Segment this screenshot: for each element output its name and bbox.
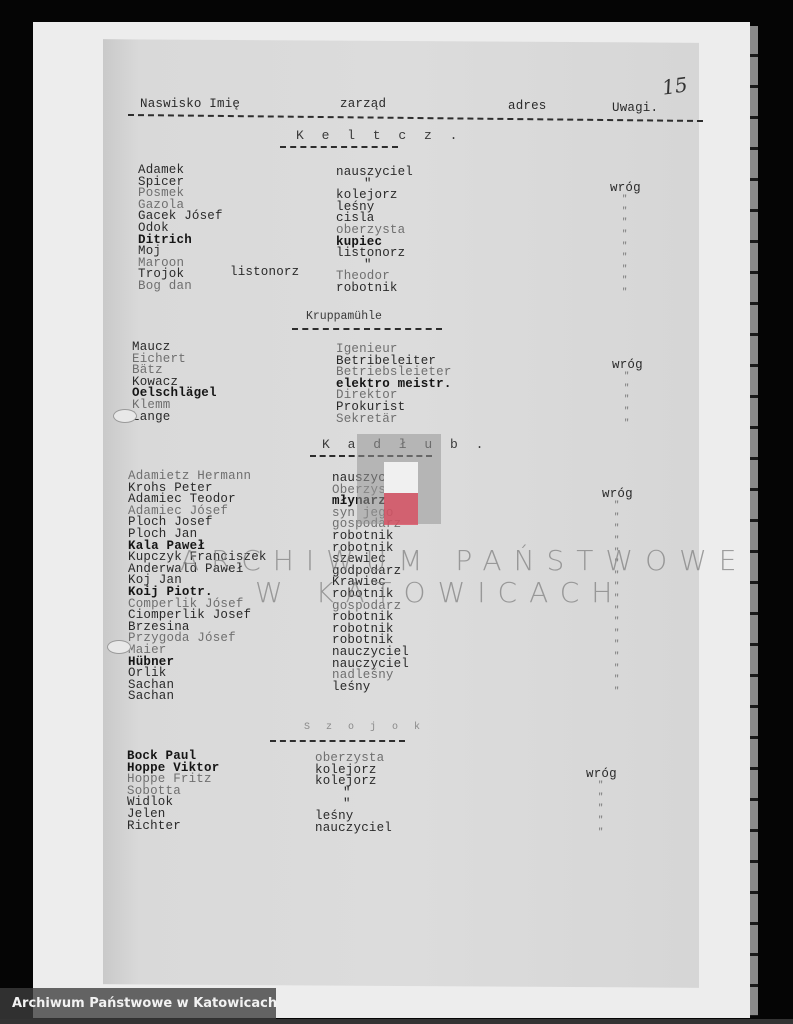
entry-remark: " — [614, 650, 620, 662]
entry-extra: listonorz — [230, 266, 299, 278]
watermark-line1: ARCHIWUM PAŃSTWOWE — [180, 544, 749, 577]
entry-remark: " — [624, 417, 630, 429]
entry-remark: " — [598, 779, 604, 791]
section-underline — [292, 328, 442, 330]
entry-remark: " — [624, 405, 630, 417]
entry-remark: " — [598, 791, 604, 803]
section-heading: S z o j o k — [304, 722, 425, 733]
section-underline — [270, 740, 405, 742]
entry-remark: " — [614, 627, 620, 639]
section-heading: K e l t c z . — [296, 128, 462, 143]
entry-remark: " — [614, 499, 620, 511]
entry-remark: " — [622, 263, 628, 275]
entry-remark: " — [622, 193, 628, 205]
header-address: adres — [508, 100, 547, 112]
footer-bar — [0, 1019, 793, 1024]
entry-remark: " — [624, 370, 630, 382]
entry-occupation: nauszyciel — [336, 166, 413, 178]
watermark-flag-white — [384, 462, 418, 493]
entry-remark: " — [622, 216, 628, 228]
entry-remark: " — [598, 814, 604, 826]
entry-remark: " — [622, 240, 628, 252]
punch-hole — [107, 640, 131, 654]
entry-remark: " — [622, 274, 628, 286]
entry-remark: " — [622, 251, 628, 263]
entry-occupation: Sekretär — [336, 413, 398, 425]
entry-remark: " — [622, 205, 628, 217]
watermark-flag-red — [384, 493, 418, 525]
entry-remark: " — [598, 802, 604, 814]
film-edge — [750, 26, 758, 1016]
entry-remark: " — [598, 826, 604, 838]
entry-remark: " — [614, 673, 620, 685]
header-name: Naswisko Imię — [140, 98, 240, 110]
header-remarks: Uwagi. — [612, 102, 658, 114]
entry-occupation: leśny — [332, 681, 371, 693]
entry-occupation: robotnik — [336, 282, 398, 294]
entry-remark: wróg — [610, 182, 641, 194]
entry-remark: " — [614, 511, 620, 523]
institution-label: Archiwum Państwowe w Katowicach — [12, 996, 277, 1011]
entry-name: Bog dan — [138, 280, 192, 292]
entry-remark: " — [614, 615, 620, 627]
watermark-line2: W KATOWICACH — [255, 576, 624, 609]
entry-remark: " — [614, 685, 620, 697]
entry-name: Lange — [132, 411, 171, 423]
punch-hole — [113, 409, 137, 423]
entry-remark: wróg — [602, 488, 633, 500]
entry-occupation: nauczyciel — [315, 822, 392, 834]
entry-remark: " — [622, 286, 628, 298]
entry-remark: wróg — [586, 768, 617, 780]
entry-name: Sachan — [128, 690, 174, 702]
entry-remark: " — [614, 662, 620, 674]
entry-remark: wróg — [612, 359, 643, 371]
section-heading: Kruppamühle — [306, 310, 382, 323]
header-office: zarząd — [340, 98, 386, 110]
folio-number: 15 — [660, 72, 689, 99]
entry-name: Richter — [127, 820, 181, 832]
entry-remark: " — [622, 228, 628, 240]
entry-remark: " — [614, 522, 620, 534]
entry-remark: " — [614, 638, 620, 650]
entry-remark: " — [624, 393, 630, 405]
section-underline — [280, 146, 398, 148]
entry-remark: " — [624, 382, 630, 394]
